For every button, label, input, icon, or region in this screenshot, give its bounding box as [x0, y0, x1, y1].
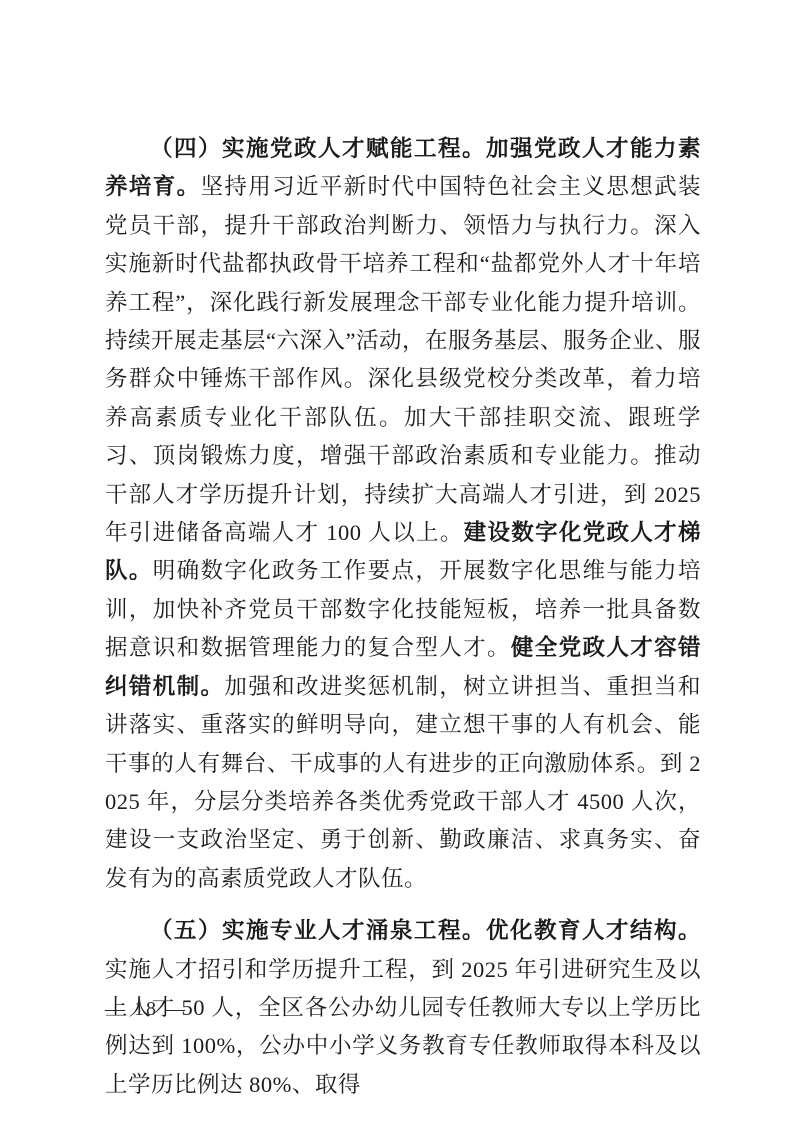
- paragraph-section-4: （四）实施党政人才赋能工程。加强党政人才能力素养培育。坚持用习近平新时代中国特色…: [105, 130, 701, 898]
- page-number: — 18 —: [105, 998, 187, 1021]
- section-5-heading: （五）实施专业人才涌泉工程。优化教育人才结构。: [150, 918, 701, 943]
- paragraph-section-5: （五）实施专业人才涌泉工程。优化教育人才结构。实施人才招引和学历提升工程，到 2…: [105, 912, 701, 1104]
- section-4-body-text-1: 坚持用习近平新时代中国特色社会主义思想武装党员干部，提升干部政治判断力、领悟力与…: [105, 174, 701, 545]
- document-page: （四）实施党政人才赋能工程。加强党政人才能力素养培育。坚持用习近平新时代中国特色…: [0, 0, 793, 1122]
- section-4-body-text-3: 加强和改进奖惩机制，树立讲担当、重担当和讲落实、重落实的鲜明导向，建立想干事的人…: [105, 674, 701, 891]
- section-5-body-text: 实施人才招引和学历提升工程，到 2025 年引进研究生及以上人才 50 人，全区…: [105, 957, 701, 1097]
- document-body: （四）实施党政人才赋能工程。加强党政人才能力素养培育。坚持用习近平新时代中国特色…: [105, 130, 701, 1104]
